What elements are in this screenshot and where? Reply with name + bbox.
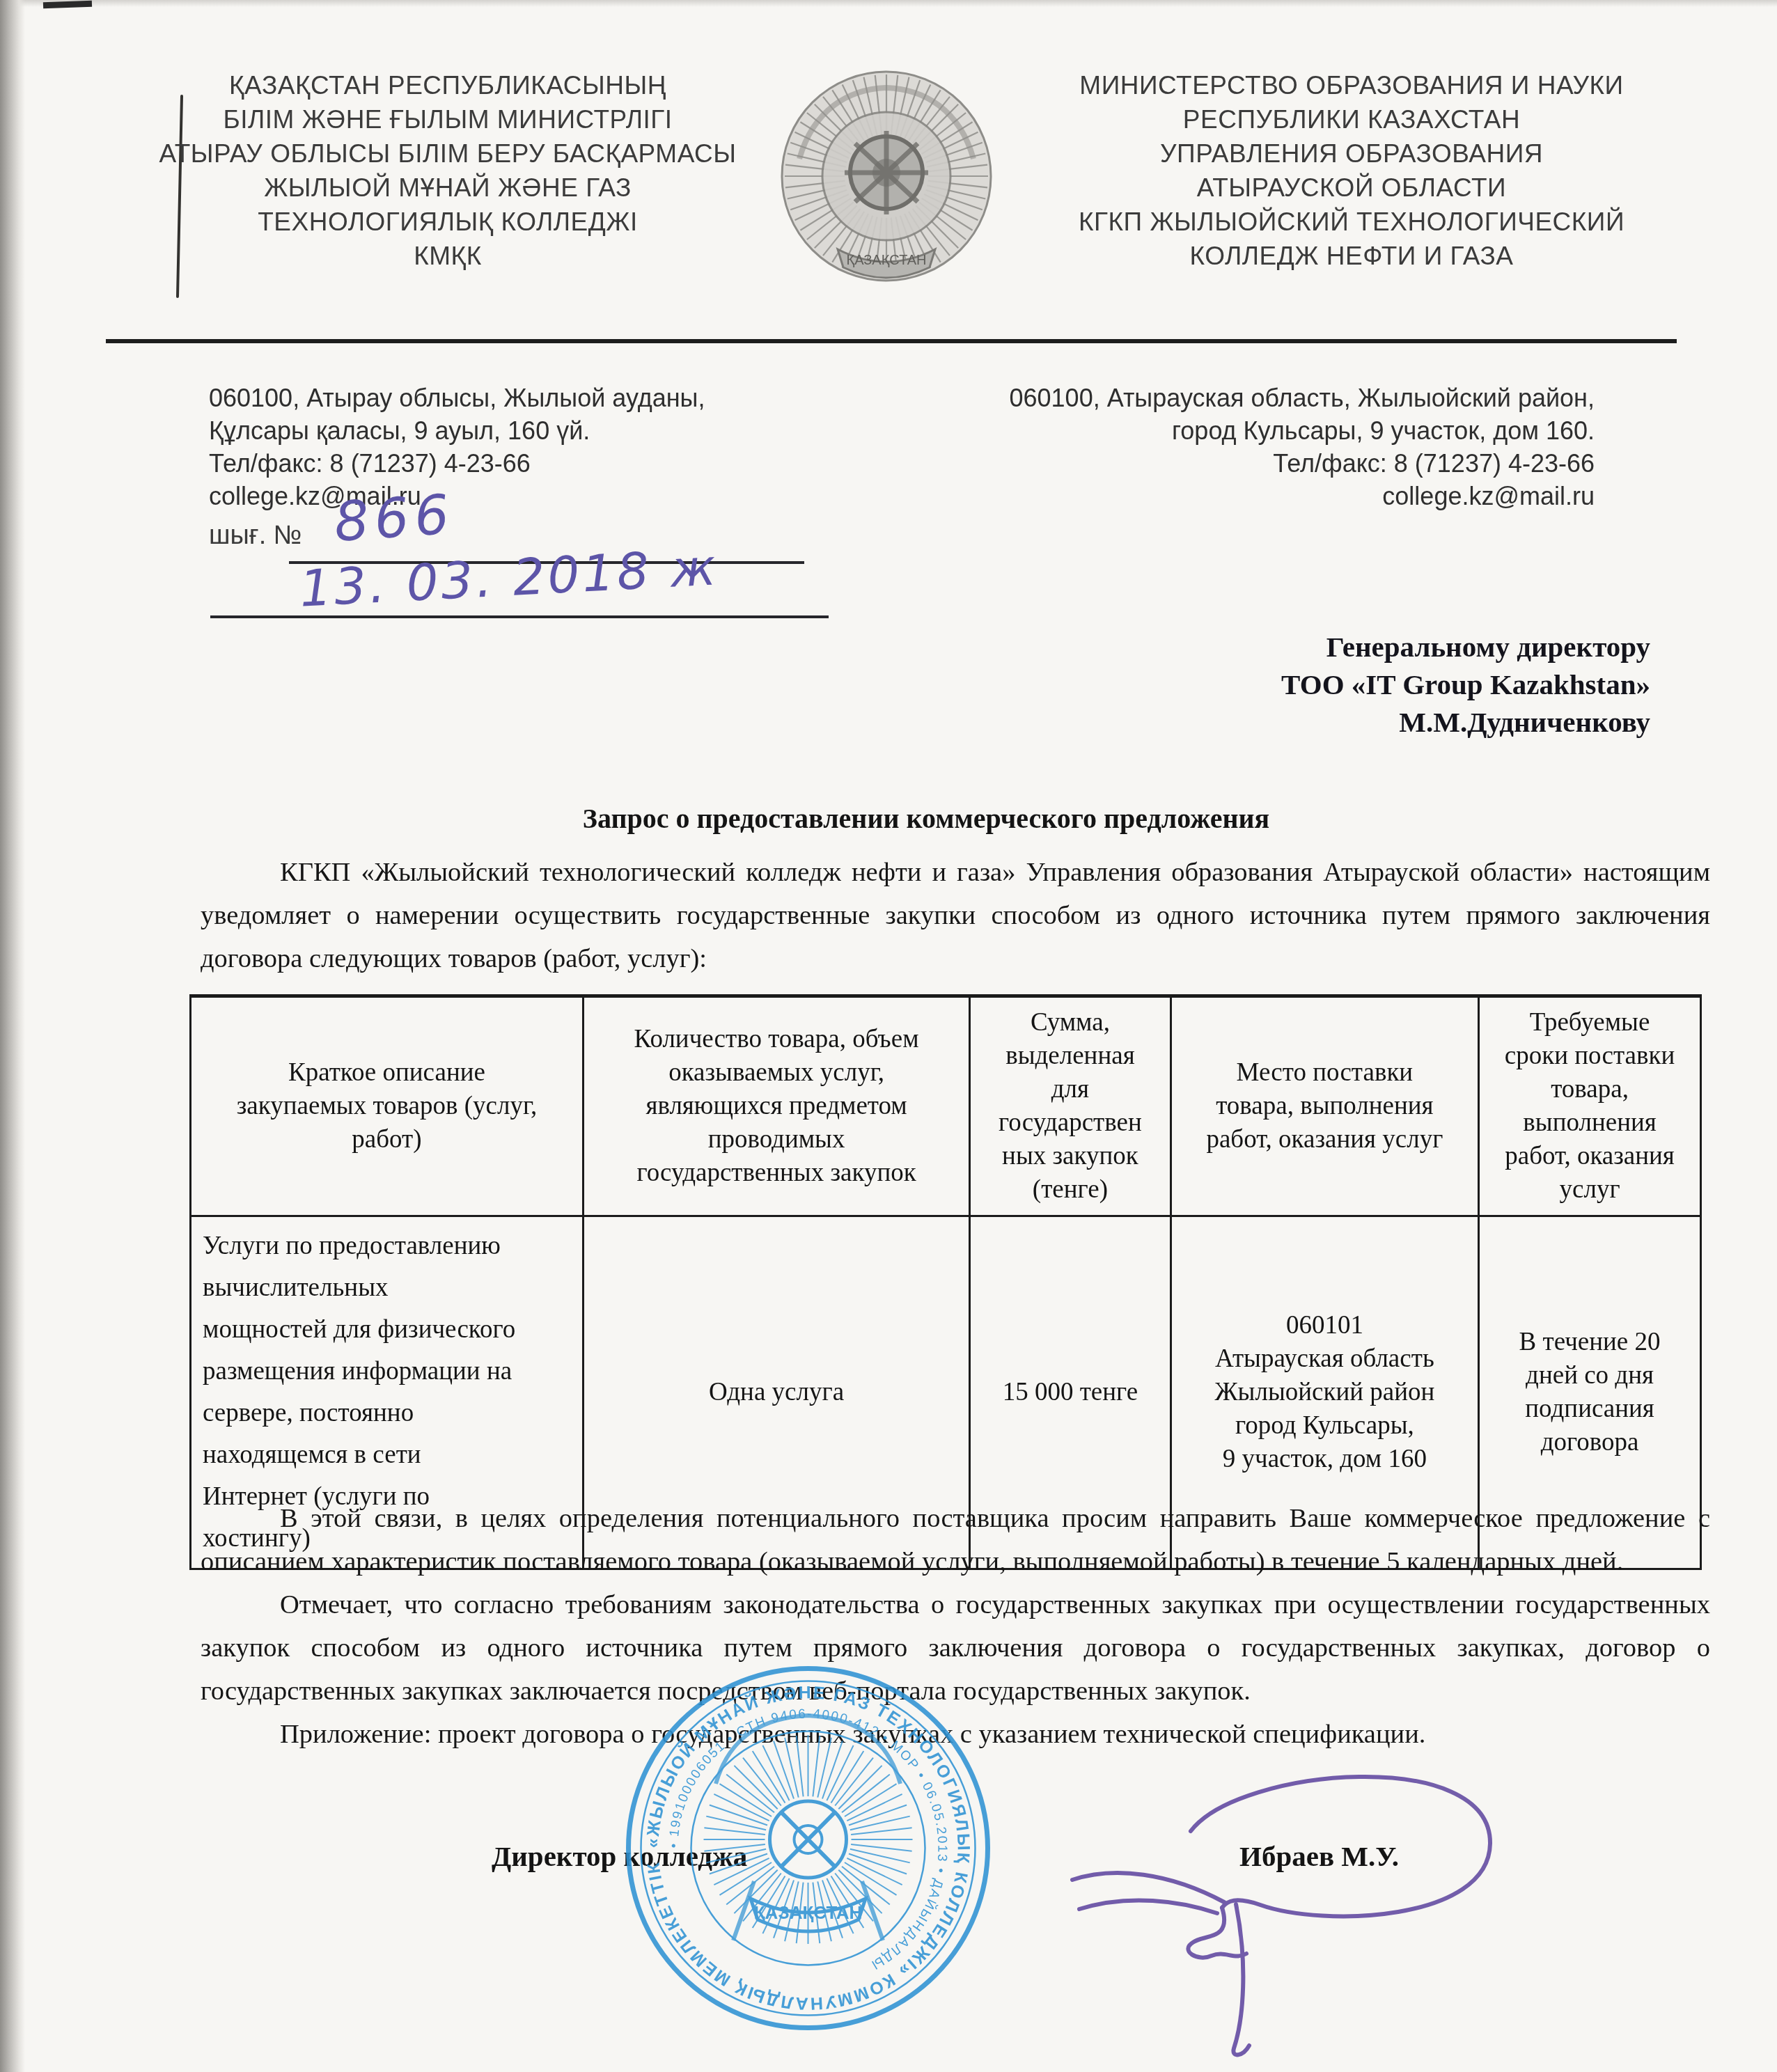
contact-line: город Кульсары, 9 участок, дом 160.	[898, 414, 1595, 447]
header-divider	[106, 339, 1677, 343]
stamp-center-caption: ҚАЗАҚСТАН	[754, 1902, 863, 1923]
state-emblem-icon: ҚАЗАҚСТАН	[772, 61, 1001, 301]
org-line: ҚАЗАҚСТАН РЕСПУБЛИКАСЫНЫҢ	[117, 68, 778, 102]
table-header-row: Краткое описание закупаемых товаров (усл…	[191, 996, 1701, 1216]
org-line: ТЕХНОЛОГИЯЛЫҚ КОЛЛЕДЖІ	[117, 205, 778, 239]
contact-line: 060100, Атырауская область, Жылыойский р…	[898, 382, 1595, 414]
handwritten-outgoing-number: 866	[332, 483, 457, 554]
org-line: ЖЫЛЫОЙ МҰНАЙ ЖӘНЕ ГАЗ	[117, 171, 778, 205]
outgoing-number-label: шығ. №	[209, 521, 302, 551]
col-header-amount: Сумма, выделенная для государствен ных з…	[970, 996, 1171, 1216]
org-name-kazakh: ҚАЗАҚСТАН РЕСПУБЛИКАСЫНЫҢ БІЛІМ ЖӘНЕ ҒЫЛ…	[117, 68, 778, 273]
contact-line: college.kz@mail.ru	[898, 480, 1595, 512]
contact-line: 060100, Атырау облысы, Жылыой ауданы,	[209, 382, 863, 414]
org-name-russian: МИНИСТЕРСТВО ОБРАЗОВАНИЯ И НАУКИ РЕСПУБЛ…	[1000, 68, 1703, 273]
contact-line: college.kz@mail.ru	[209, 480, 863, 512]
procurement-table: Краткое описание закупаемых товаров (усл…	[189, 994, 1702, 1570]
contact-block-kazakh: 060100, Атырау облысы, Жылыой ауданы, Құ…	[209, 382, 863, 512]
outgoing-date-line	[210, 615, 829, 618]
org-line: БІЛІМ ЖӘНЕ ҒЫЛЫМ МИНИСТРЛІГІ	[117, 102, 778, 136]
org-line: МИНИСТЕРСТВО ОБРАЗОВАНИЯ И НАУКИ	[1000, 68, 1703, 102]
contact-block-russian: 060100, Атырауская область, Жылыойский р…	[898, 382, 1595, 512]
addressee-line: ТОО «IT Group Kazakhstan»	[1031, 666, 1650, 703]
scanned-letter-page: ҚАЗАҚСТАН РЕСПУБЛИКАСЫНЫҢ БІЛІМ ЖӘНЕ ҒЫЛ…	[0, 0, 1777, 2072]
emblem-caption: ҚАЗАҚСТАН	[847, 253, 927, 268]
col-header-description: Краткое описание закупаемых товаров (усл…	[191, 996, 584, 1216]
addressee-line: Генеральному директору	[1031, 628, 1650, 666]
col-header-quantity: Количество товара, объем оказываемых усл…	[583, 996, 969, 1216]
org-line: РЕСПУБЛИКИ КАЗАХСТАН	[1000, 102, 1703, 136]
org-line: КОЛЛЕДЖ НЕФТИ И ГАЗА	[1000, 239, 1703, 273]
scan-artifact-mark	[43, 1, 92, 8]
letter-title: Запрос о предоставлении коммерческого пр…	[174, 802, 1678, 835]
col-header-terms: Требуемые сроки поставки товара, выполне…	[1479, 996, 1701, 1216]
contact-line: Тел/факс: 8 (71237) 4-23-66	[209, 447, 863, 480]
org-line: КГКП ЖЫЛЫОЙСКИЙ ТЕХНОЛОГИЧЕСКИЙ	[1000, 205, 1703, 239]
org-line: АТЫРАУ ОБЛЫСЫ БІЛІМ БЕРУ БАСҚАРМАСЫ	[117, 136, 778, 171]
intro-paragraph: КГКП «Жылыойский технологический колледж…	[201, 851, 1710, 980]
director-signature	[1024, 1755, 1525, 2068]
org-line: КМҚК	[117, 239, 778, 273]
col-header-place: Место поставки товара, выполнения работ,…	[1171, 996, 1478, 1216]
addressee-block: Генеральному директору ТОО «IT Group Kaz…	[1031, 628, 1650, 741]
official-round-stamp: «ЖЫЛЫОЙ МҰНАЙ ЖӘНЕ ГАЗ ТЕХНОЛОГИЯЛЫҚ КОЛ…	[611, 1651, 1005, 2045]
request-paragraph: В этой связи, в целях определения потенц…	[201, 1497, 1710, 1583]
scan-edge-left	[0, 0, 25, 2072]
scan-edge-top	[0, 0, 1777, 7]
addressee-line: М.М.Дудниченкову	[1031, 703, 1650, 741]
contact-line: Тел/факс: 8 (71237) 4-23-66	[898, 447, 1595, 480]
org-line: УПРАВЛЕНИЯ ОБРАЗОВАНИЯ	[1000, 136, 1703, 171]
org-line: АТЫРАУСКОЙ ОБЛАСТИ	[1000, 171, 1703, 205]
contact-line: Құлсары қаласы, 9 ауыл, 160 үй.	[209, 414, 863, 447]
